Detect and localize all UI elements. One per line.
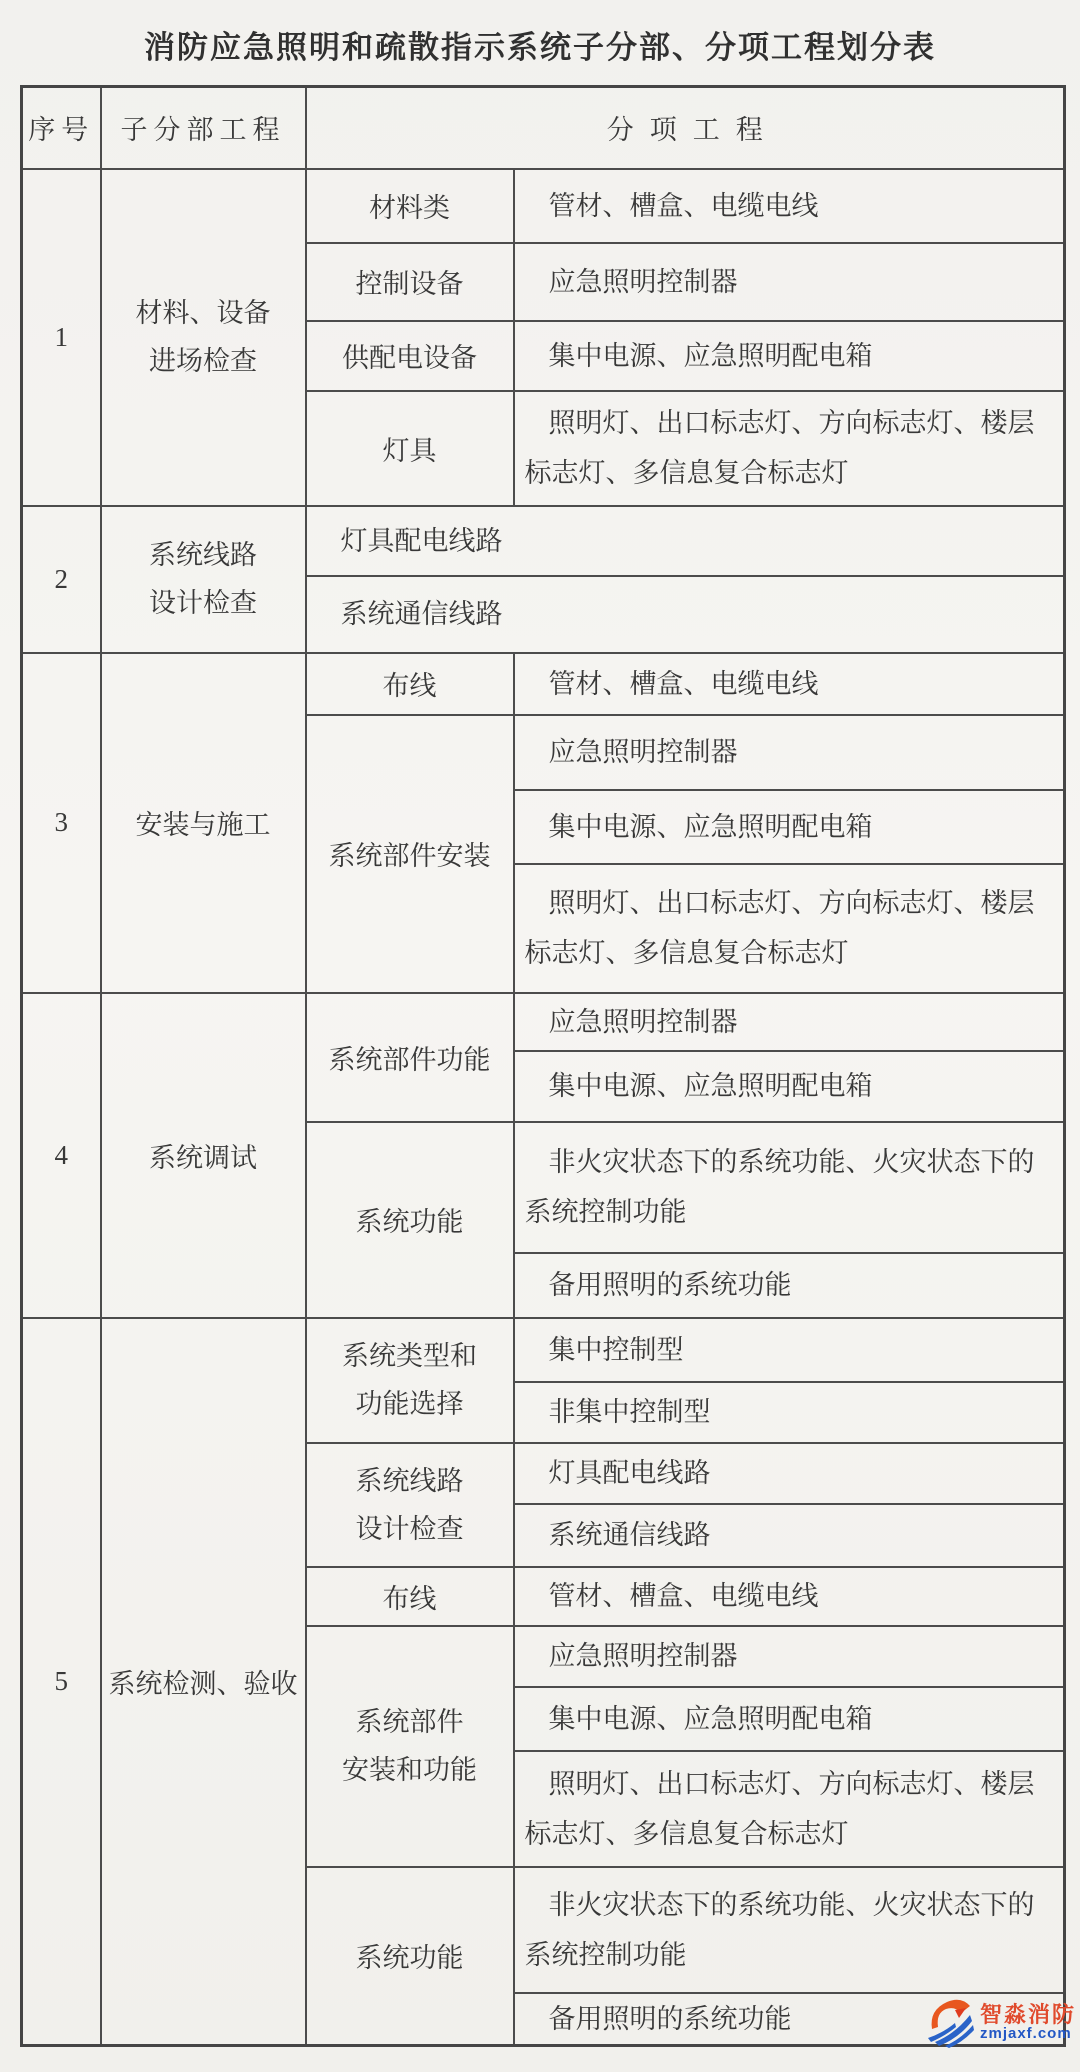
subdivision-name: 系统线路 设计检查 — [102, 531, 305, 627]
seq-cell-3: 3 — [22, 653, 101, 993]
category-name: 系统部件 安装和功能 — [307, 1698, 513, 1794]
subdivision-line: 系统线路 — [102, 531, 305, 579]
item-cell: 照明灯、出口标志灯、方向标志灯、楼层标志灯、多信息复合标志灯 — [514, 391, 1065, 506]
item-text: 照明灯、出口标志灯、方向标志灯、楼层标志灯、多信息复合标志灯 — [515, 878, 1064, 978]
seq-cell-4: 4 — [22, 993, 101, 1318]
seq-cell-2: 2 — [22, 506, 101, 653]
category-cell: 系统线路 设计检查 — [306, 1443, 514, 1567]
col-header-seq: 序号 — [22, 87, 101, 169]
item-text: 非火灾状态下的系统功能、火灾状态下的系统控制功能 — [515, 1137, 1064, 1237]
category-line: 系统类型和 — [307, 1332, 513, 1380]
item-cell: 应急照明控制器 — [514, 715, 1065, 790]
subdivision-cell-1: 材料、设备 进场检查 — [101, 169, 306, 506]
item-cell: 非集中控制型 — [514, 1382, 1065, 1443]
category-name: 系统线路 设计检查 — [307, 1457, 513, 1553]
item-text: 集中控制型 — [515, 1325, 1064, 1375]
watermark-brand: 智淼消防 — [980, 2003, 1076, 2026]
category-name: 系统类型和 功能选择 — [307, 1332, 513, 1428]
item-text: 备用照明的系统功能 — [515, 1260, 1064, 1310]
item-cell: 管材、槽盒、电缆电线 — [514, 653, 1065, 715]
item-cell: 备用照明的系统功能 — [514, 1253, 1065, 1318]
item-text: 应急照明控制器 — [515, 257, 1064, 307]
subdivision-cell-2: 系统线路 设计检查 — [101, 506, 306, 653]
seq-cell-5: 5 — [22, 1318, 101, 2046]
item-text: 照明灯、出口标志灯、方向标志灯、楼层标志灯、多信息复合标志灯 — [515, 398, 1064, 498]
item-text: 集中电源、应急照明配电箱 — [515, 331, 1064, 381]
watermark-text: 智淼消防 zmjaxf.com — [980, 2003, 1076, 2042]
item-text: 集中电源、应急照明配电箱 — [515, 1694, 1064, 1744]
category-cell: 控制设备 — [306, 243, 514, 321]
category-cell: 系统部件安装 — [306, 715, 514, 993]
category-cell: 布线 — [306, 653, 514, 715]
col-header-subitem: 分项工程 — [306, 87, 1065, 169]
zhimiao-logo-icon — [925, 1996, 977, 2048]
division-table: 序号 子分部工程 分项工程 1 材料、设备 进场检查 材料类 管材、槽盒、电缆电… — [20, 85, 1066, 2047]
item-cell: 非火灾状态下的系统功能、火灾状态下的系统控制功能 — [514, 1867, 1065, 1993]
seq-cell-1: 1 — [22, 169, 101, 506]
category-line: 安装和功能 — [307, 1746, 513, 1794]
item-text: 灯具配电线路 — [307, 516, 1064, 566]
item-cell: 系统通信线路 — [514, 1504, 1065, 1567]
watermark: 智淼消防 zmjaxf.com — [925, 1996, 1076, 2048]
scanned-document-page: { "title": "消防应急照明和疏散指示系统子分部、分项工程划分表", "… — [0, 0, 1080, 2072]
item-cell: 应急照明控制器 — [514, 243, 1065, 321]
item-text: 管材、槽盒、电缆电线 — [515, 659, 1064, 709]
category-cell: 布线 — [306, 1567, 514, 1626]
category-cell: 系统部件功能 — [306, 993, 514, 1122]
category-line: 设计检查 — [307, 1505, 513, 1553]
subdivision-cell-5: 系统检测、验收 — [101, 1318, 306, 2046]
category-line: 系统线路 — [307, 1457, 513, 1505]
item-cell: 非火灾状态下的系统功能、火灾状态下的系统控制功能 — [514, 1122, 1065, 1253]
category-cell: 系统类型和 功能选择 — [306, 1318, 514, 1443]
category-cell: 供配电设备 — [306, 321, 514, 391]
subdivision-cell-4: 系统调试 — [101, 993, 306, 1318]
category-line: 功能选择 — [307, 1380, 513, 1428]
item-text: 管材、槽盒、电缆电线 — [515, 1571, 1064, 1621]
item-cell: 系统通信线路 — [306, 576, 1065, 653]
item-cell: 管材、槽盒、电缆电线 — [514, 169, 1065, 243]
item-cell: 集中电源、应急照明配电箱 — [514, 1051, 1065, 1122]
item-text: 集中电源、应急照明配电箱 — [515, 1061, 1064, 1111]
category-cell: 系统功能 — [306, 1867, 514, 2046]
subdivision-line: 进场检查 — [102, 337, 305, 385]
item-text: 系统通信线路 — [307, 589, 1064, 639]
item-text: 应急照明控制器 — [515, 1631, 1064, 1681]
subdivision-cell-3: 安装与施工 — [101, 653, 306, 993]
page-title: 消防应急照明和疏散指示系统子分部、分项工程划分表 — [0, 22, 1080, 67]
item-cell: 照明灯、出口标志灯、方向标志灯、楼层标志灯、多信息复合标志灯 — [514, 1751, 1065, 1867]
subdivision-line: 设计检查 — [102, 579, 305, 627]
subdivision-line: 材料、设备 — [102, 289, 305, 337]
item-cell: 集中控制型 — [514, 1318, 1065, 1382]
item-text: 应急照明控制器 — [515, 997, 1064, 1047]
category-cell: 材料类 — [306, 169, 514, 243]
item-cell: 应急照明控制器 — [514, 993, 1065, 1051]
subdivision-name: 材料、设备 进场检查 — [102, 289, 305, 385]
category-cell: 灯具 — [306, 391, 514, 506]
item-text: 管材、槽盒、电缆电线 — [515, 181, 1064, 231]
item-cell: 集中电源、应急照明配电箱 — [514, 1687, 1065, 1751]
category-cell: 系统功能 — [306, 1122, 514, 1318]
watermark-site: zmjaxf.com — [980, 2026, 1076, 2042]
item-cell: 应急照明控制器 — [514, 1626, 1065, 1687]
item-text: 灯具配电线路 — [515, 1448, 1064, 1498]
item-text: 非火灾状态下的系统功能、火灾状态下的系统控制功能 — [515, 1880, 1064, 1980]
item-cell: 灯具配电线路 — [514, 1443, 1065, 1504]
item-cell: 集中电源、应急照明配电箱 — [514, 790, 1065, 864]
item-text: 应急照明控制器 — [515, 727, 1064, 777]
item-text: 照明灯、出口标志灯、方向标志灯、楼层标志灯、多信息复合标志灯 — [515, 1759, 1064, 1859]
col-header-subdivision: 子分部工程 — [101, 87, 306, 169]
item-text: 集中电源、应急照明配电箱 — [515, 802, 1064, 852]
item-cell: 管材、槽盒、电缆电线 — [514, 1567, 1065, 1626]
category-cell: 系统部件 安装和功能 — [306, 1626, 514, 1867]
item-cell: 灯具配电线路 — [306, 506, 1065, 576]
item-cell: 集中电源、应急照明配电箱 — [514, 321, 1065, 391]
item-cell: 照明灯、出口标志灯、方向标志灯、楼层标志灯、多信息复合标志灯 — [514, 864, 1065, 993]
category-line: 系统部件 — [307, 1698, 513, 1746]
item-text: 系统通信线路 — [515, 1510, 1064, 1560]
item-text: 非集中控制型 — [515, 1387, 1064, 1437]
